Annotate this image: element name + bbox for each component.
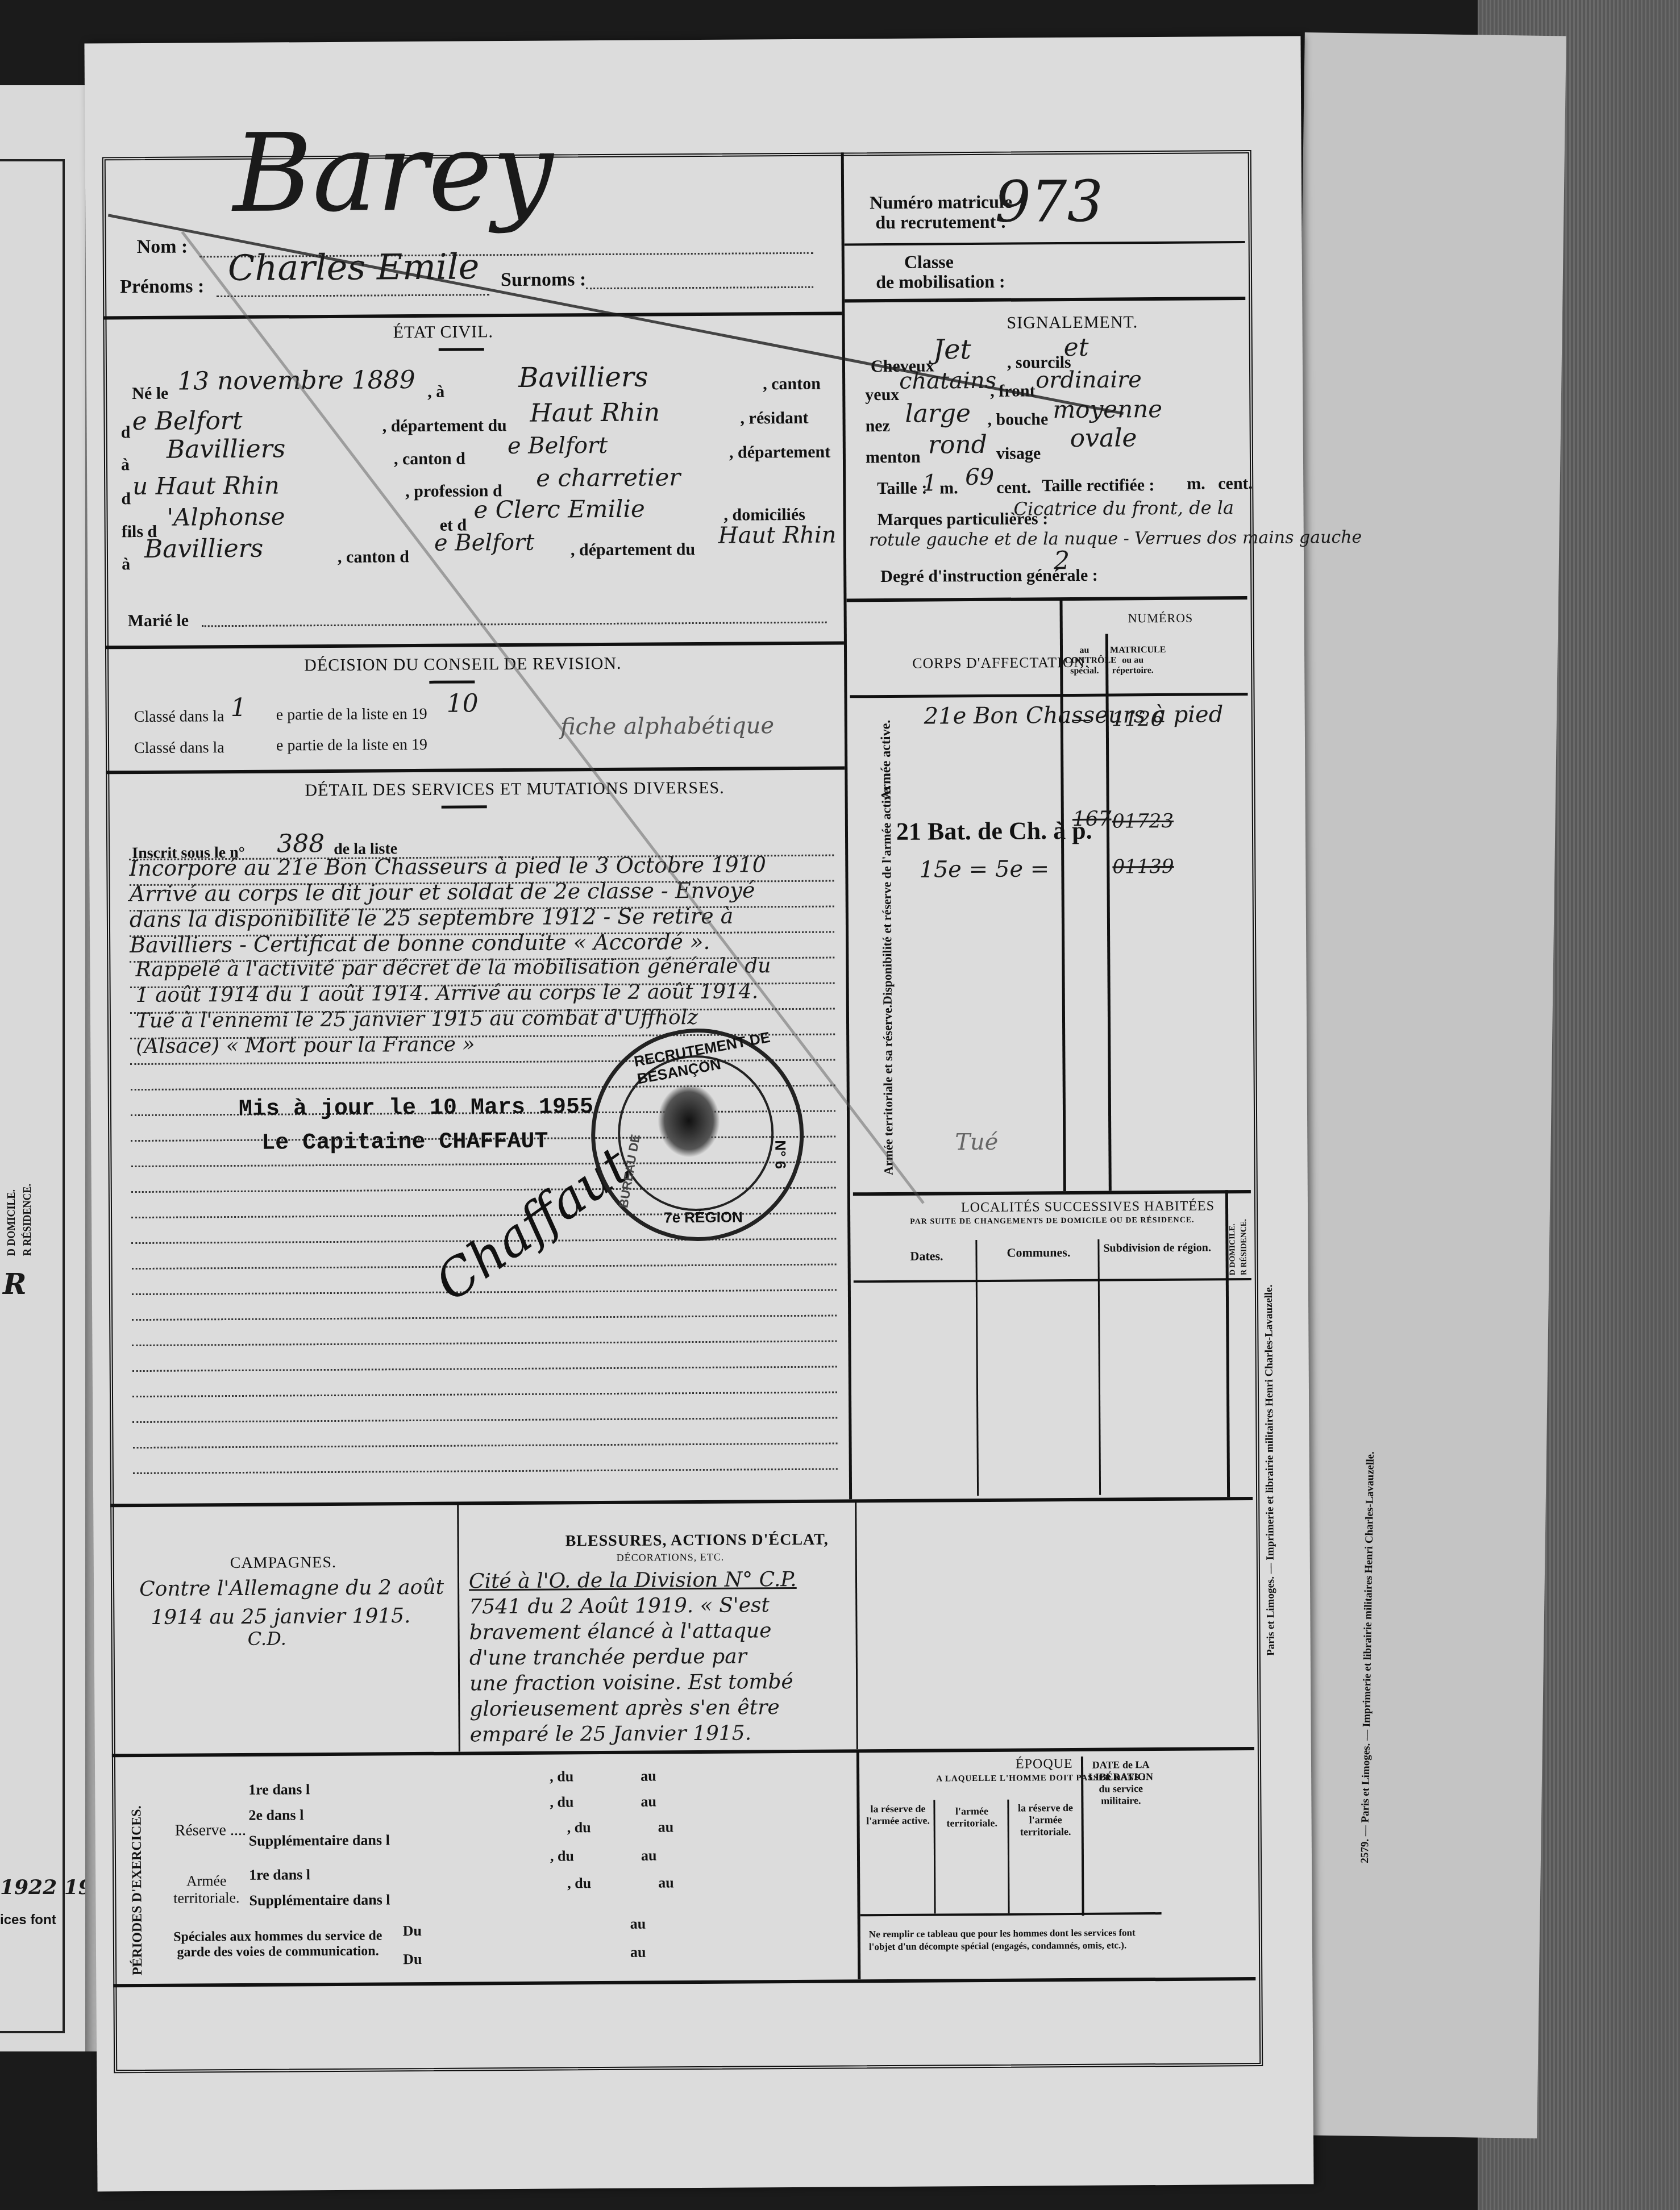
residant-label: , résidant — [740, 409, 808, 428]
left-dr-1: D DOMICILE. — [6, 1189, 18, 1256]
marie-label: Marié le — [128, 611, 189, 631]
nez-value: large — [905, 399, 971, 428]
au-label: au — [630, 1916, 646, 1933]
localites-title: LOCALITÉS SUCCESSIVES HABITÉES — [961, 1198, 1215, 1216]
front-value: ordinaire — [1036, 367, 1142, 393]
corps-row-controle: 167 — [1072, 808, 1112, 831]
taille-m-value: 1 — [922, 470, 937, 496]
epoque-col-reserve-territoriale: la réserve de l'armée territoriale. — [1011, 1802, 1079, 1838]
prenoms-value: Charles Emile — [228, 245, 480, 289]
campagne-line: C.D. — [248, 1628, 286, 1649]
du-label: , du — [550, 1768, 573, 1785]
dom-canton-value: e Belfort — [434, 530, 535, 556]
yeux-label: yeux — [865, 385, 899, 405]
blessure-line: glorieusement après s'en être — [469, 1696, 780, 1721]
speciales-row-label: Du — [403, 1922, 422, 1940]
visage-value: ovale — [1070, 423, 1137, 453]
taille-label: Taille : — [877, 479, 927, 499]
taille-rect-cent-label: cent. — [1218, 474, 1253, 493]
underlying-page: 2579. — Paris et Limoges. — Imprimerie e… — [1275, 32, 1566, 2138]
de-label: d — [121, 423, 131, 442]
menton-value: rond — [928, 430, 987, 460]
au-label: au — [641, 1847, 657, 1864]
blessures-subtitle: DÉCORATIONS, ETC. — [617, 1551, 725, 1564]
corps-row-matricule: 01723 — [1112, 810, 1174, 833]
residant-a-label: à — [121, 455, 130, 475]
ne-le-label: Né le — [132, 384, 168, 403]
speciales-label: Spéciales aux hommes du service de garde… — [159, 1928, 397, 1961]
classe-row1-label-b: e partie de la liste en 19 — [276, 705, 427, 725]
dom-canton-label: , canton d — [338, 547, 409, 567]
marques-value-1: Cicatrice du front, de la — [1013, 497, 1234, 519]
matricule-label-1: Numéro matricule — [870, 192, 1012, 214]
territoriale-row-label: 1re dans l — [249, 1866, 310, 1884]
degre-value: 2 — [1054, 546, 1070, 575]
dom-value: Bavilliers — [144, 534, 264, 564]
departement-naissance-value: Haut Rhin — [530, 398, 660, 427]
corps-row-controle: — — [1072, 708, 1091, 731]
classe-label-1: Classe — [904, 251, 954, 273]
taille-cent-value: 69 — [965, 464, 994, 490]
taille-cent-label: cent. — [996, 478, 1031, 497]
services-title: DÉTAIL DES SERVICES ET MUTATIONS DIVERSE… — [305, 779, 724, 801]
territoriale-label: Armée territoriale. — [164, 1872, 249, 1907]
au-label: au — [641, 1767, 656, 1784]
corps-rows: 21e Bon Chasseurs à pied — 1126 21 Bat. … — [84, 36, 1300, 43]
departement-label: , département du — [382, 416, 506, 436]
inscrit-value: 388 — [277, 829, 325, 859]
au-label: au — [658, 1874, 674, 1891]
marques-value-2: rotule gauche et de la nuque - Verrues d… — [869, 527, 1362, 550]
a-label: , à — [427, 382, 444, 402]
stamp-right-text: N° 6 — [771, 1140, 789, 1169]
typed-update-line: Mis à jour le 10 Mars 1955 — [239, 1094, 593, 1122]
blessure-line: emparé le 25 Janvier 1915. — [470, 1721, 752, 1746]
services-lines: Incorporé au 21e Bon Chasseurs à pied le… — [84, 36, 1300, 43]
classe-row1-partie: 1 — [230, 693, 246, 722]
matricule-label-2: du recrutement : — [875, 211, 1007, 233]
numeros-title: NUMÉROS — [1128, 611, 1194, 626]
typed-captain-line: Le Capitaine CHAFFAUT — [261, 1129, 548, 1156]
blessure-line: d'une tranchée perdue par — [469, 1645, 747, 1670]
du-label: , du — [567, 1819, 591, 1836]
col-dates: Dates. — [910, 1248, 943, 1263]
residant-dept-value: u Haut Rhin — [132, 471, 280, 500]
left-note-r: R — [3, 1267, 27, 1301]
col-residence: R RÉSIDENCE. — [1240, 1219, 1249, 1275]
surnoms-label: Surnoms : — [501, 269, 586, 291]
mere-value: e Clerc Emilie — [473, 495, 645, 524]
reserve-row-label: 1re dans l — [248, 1781, 310, 1799]
registre-matricule-page: Barey Nom : Prénoms : Charles Emile Surn… — [84, 36, 1313, 2191]
blessure-line: une fraction voisine. Est tombé — [469, 1670, 793, 1695]
residant-canton-value: e Belfort — [508, 432, 608, 459]
taille-rectifiee-label: Taille rectifiée : — [1042, 476, 1154, 496]
classe-row2-label-a: Classé dans la — [134, 739, 224, 758]
epoque-col-territoriale: l'armée territoriale. — [939, 1805, 1004, 1830]
etat-civil-title: ÉTAT CIVIL. — [393, 322, 493, 342]
blessure-line: 7541 du 2 Août 1919. « S'est — [469, 1593, 770, 1618]
periodes-vertical-label: PÉRIODES D'EXERCICES. — [129, 1805, 145, 1975]
epoque-title: ÉPOQUE — [1016, 1757, 1073, 1772]
corps-row-matricule: 01139 — [1112, 855, 1174, 879]
residant-value: Bavilliers — [167, 434, 286, 464]
dom-dept-label: , département du — [571, 540, 695, 560]
territoriale-row-label: Supplémentaire dans l — [249, 1891, 390, 1909]
visage-label: visage — [996, 444, 1041, 463]
nom-label: Nom : — [137, 236, 188, 258]
campagne-line: Contre l'Allemagne du 2 août — [139, 1576, 444, 1601]
left-page: D DOMICILE. R RÉSIDENCE. R 1922 1934 ice… — [0, 85, 89, 2051]
localites-subtitle: PAR SUITE DE CHANGEMENTS DE DOMICILE OU … — [910, 1216, 1195, 1227]
nez-label: nez — [866, 417, 891, 436]
canton-label: , canton — [763, 374, 821, 394]
nom-value: Barey — [232, 109, 554, 236]
matricule-value: 973 — [995, 168, 1104, 235]
epoque-footnote: Ne remplir ce tableau que pour les homme… — [869, 1926, 1159, 1953]
corps-row-corps: 15e = 5e = — [919, 856, 1049, 883]
reserve-row-label: 2e dans l — [248, 1807, 303, 1824]
col-controle-header: au CONTRÔLE spécial. — [1064, 646, 1104, 676]
dom-a-label: à — [122, 555, 130, 574]
conseil-revision-title: DÉCISION DU CONSEIL DE REVISION. — [304, 654, 622, 675]
reserve-row-label: Supplémentaire dans l — [249, 1832, 390, 1850]
menton-label: menton — [866, 448, 921, 468]
blessure-line: Cité à l'O. de la Division N° C.P. — [469, 1568, 797, 1593]
classe-row1-year: 10 — [446, 689, 478, 718]
du-label: , du — [567, 1875, 591, 1892]
left-dr-2: R RÉSIDENCE. — [22, 1184, 34, 1256]
col-communes: Communes. — [1007, 1245, 1070, 1260]
profession-value: e charretier — [536, 463, 680, 492]
imprint-front: Paris et Limoges. — Imprimerie et librai… — [1263, 1284, 1278, 1656]
campagne-line: 1914 au 25 janvier 1915. — [151, 1604, 410, 1629]
imprint-under: 2579. — Paris et Limoges. — Imprimerie e… — [1359, 1451, 1377, 1863]
conseil-note: fiche alphabétique — [560, 713, 775, 740]
stamp-bottom-text: 7e RÉGION — [664, 1209, 743, 1227]
stamp-emblem-icon — [658, 1084, 721, 1158]
dom-dept-value: Haut Rhin — [718, 522, 837, 549]
corps-row-matricule: 1126 — [1112, 707, 1164, 731]
blessures-title: BLESSURES, ACTIONS D'ÉCLAT, — [565, 1531, 828, 1551]
blessures-lines: Cité à l'O. de la Division N° C.P. 7541 … — [84, 36, 1300, 43]
classe-label-2: de mobilisation : — [876, 271, 1005, 293]
au-label: au — [630, 1944, 646, 1961]
lieu-naissance-value: Bavilliers — [518, 361, 648, 394]
reserve-label: Réserve .... — [175, 1821, 246, 1840]
col-matricule-header: MATRICULE ou au répertoire. — [1110, 645, 1155, 676]
du-label: , du — [550, 1847, 574, 1864]
bouche-label: , bouche — [987, 410, 1048, 430]
speciales-row-label: Du — [403, 1951, 422, 1968]
col-domicile: D DOMICILE. — [1228, 1223, 1238, 1275]
epoque-col-reserve-active: la réserve de l'armée active. — [865, 1803, 930, 1828]
campagnes-title: CAMPAGNES. — [230, 1554, 336, 1572]
taille-rect-m-label: m. — [1187, 475, 1205, 494]
periode-du-au: , du au , du au , du au , du au , du au … — [84, 36, 1300, 43]
recrutement-stamp: RECRUTEMENT DE BESANÇON BUREAU DE N° 6 7… — [591, 1028, 804, 1242]
date-liberation-header: DATE de LA LIBÉRATION du service militai… — [1087, 1759, 1155, 1807]
territoriale-note: Tué — [955, 1129, 998, 1155]
blessure-line: bravement élancé à l'attaque — [469, 1619, 771, 1644]
section-disponibilite: Disponibilité et réserve de l'armée acti… — [879, 785, 895, 1005]
au-label: au — [658, 1818, 674, 1836]
canton-naissance-value: e Belfort — [132, 406, 242, 436]
taille-m-label: m. — [939, 478, 958, 498]
residant-dept-label: , département — [729, 443, 831, 463]
du-label: , du — [550, 1793, 573, 1811]
au-label: au — [641, 1793, 656, 1810]
sourcils-value: et — [1064, 333, 1089, 362]
pere-value: 'Alphonse — [167, 502, 285, 531]
ruled-lines — [84, 36, 1300, 43]
corps-row-corps: 21 Bat. de Ch. à p. — [896, 816, 1092, 846]
prenoms-label: Prénoms : — [120, 276, 204, 298]
residant-dept-prefix: d — [121, 489, 131, 509]
classe-row1-label-a: Classé dans la — [134, 707, 224, 726]
cheveux-value: Jet — [933, 334, 971, 365]
col-subdivision: Subdivision de région. — [1103, 1242, 1211, 1255]
classe-row2-label-b: e partie de la liste en 19 — [276, 736, 427, 755]
residant-canton-label: , canton d — [394, 449, 465, 469]
signalement-title: SIGNALEMENT. — [1007, 313, 1138, 332]
left-footer: ices font — [0, 1912, 56, 1928]
